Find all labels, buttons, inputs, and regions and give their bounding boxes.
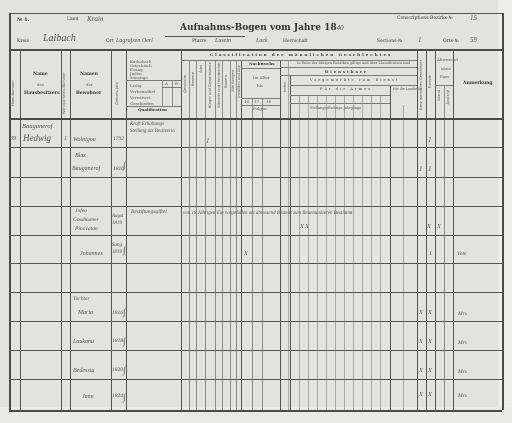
kreis-value: Laibach <box>43 34 76 44</box>
row2-fremde-mark: 1 <box>428 166 432 173</box>
fuer-armee-header: Für die Armee <box>320 88 372 92</box>
vorgemerkte-header: Vorgemerkte zum Dienst <box>310 79 399 83</box>
col-armee-1 <box>299 95 300 410</box>
row4-geburt: Augst 1819 <box>112 213 126 227</box>
row4-class-note: von 18 Jährigen Ein vorgefallen als abwe… <box>183 210 413 218</box>
abwesend-sub-line <box>435 85 453 86</box>
sections-label: Sections-№ <box>377 40 402 45</box>
anmerkung-header: Anmerkung <box>463 82 493 87</box>
row-divider-4 <box>9 235 502 236</box>
col-armee-4 <box>326 95 327 410</box>
nachwuchs-age-17: 17 <box>254 100 259 104</box>
row-divider-6 <box>9 292 502 293</box>
col-nach-16 <box>252 98 253 410</box>
dienstbare-note: In Ruhe der übrigen Rubriken giltige und… <box>297 62 410 65</box>
col-armee-7 <box>353 95 354 410</box>
paper-edge <box>498 0 512 423</box>
row10-anmerkung: Mrs <box>458 394 467 400</box>
row2-weibl-mark: 1 <box>419 166 423 173</box>
nachwuchs-bis: bis <box>257 84 263 88</box>
row7-geburt: 1816 <box>112 311 123 317</box>
besitzer-header-3: Hausbesitzers <box>24 92 60 97</box>
form-right-border <box>502 13 504 410</box>
stand-col-b: B <box>175 82 178 86</box>
col-divider-anmerkung <box>453 49 454 410</box>
class-geistliche: Geistliche <box>183 75 187 93</box>
row4-bewohner-2: Gosdmaner <box>73 218 99 224</box>
fremde-header: Fremde <box>428 75 432 88</box>
abwesend-inland: Inland <box>437 90 441 101</box>
abwesend-header-2: ohne <box>441 67 451 71</box>
dienstbare-title-line <box>280 75 417 76</box>
stand-geschieden: Geschieden <box>130 102 154 106</box>
bewohner-header-3: Bewohner <box>76 92 101 97</box>
nachwuchs-age-18: 18 <box>266 100 271 104</box>
pfarre-value: Lusein <box>215 38 231 44</box>
row1-qualification: Kraft Erhaltungs Stellung als Besitzerin <box>130 121 180 135</box>
row1-fremde-mark: 1 <box>428 137 432 144</box>
row5-bewohner: Johannes <box>80 251 103 257</box>
row8-bewohner: Laukanu <box>73 339 94 345</box>
abwesend-header-1: Abwesend <box>437 58 458 62</box>
census-form-sheet: № 1. Land Krain Aufnahms-Bogen vom Jahre… <box>0 0 512 423</box>
haus-nummer-header: Haus-Nummer <box>11 80 15 106</box>
class-kuenstler: Künstler und Handwerker <box>217 62 221 108</box>
row1-haus-nr: 39 <box>10 136 16 142</box>
col-divider-bewohner <box>111 49 112 410</box>
herrschaft-value: Lack <box>256 38 268 44</box>
land-value: Krain <box>87 16 103 23</box>
col-landwehr-mid <box>403 105 404 410</box>
ort-value: Lagrajzen Oerl <box>116 38 153 44</box>
row1-besitzer-surname: Bauganerof <box>22 124 52 131</box>
kreis-label: Kreis <box>17 40 29 45</box>
col-abwesend-mid <box>444 85 445 410</box>
row1-besitzer-name: Hedwig <box>23 134 51 143</box>
stand-ledig: Ledig <box>130 84 141 88</box>
col-divider-armee <box>290 75 291 410</box>
row2-bewohner-first: Blaz <box>75 153 86 159</box>
row2-bewohner-last: Bauganerof <box>72 166 100 172</box>
armee-years-line <box>290 103 390 104</box>
pfarre-label: Pfarre <box>192 40 206 45</box>
geburt-header: Geburts-Jahr <box>115 82 119 105</box>
stand-verwitwet: Verwitwet <box>130 96 151 100</box>
stand-box-divider <box>162 80 163 106</box>
landwehr-header: Für die Landwehr <box>393 88 422 91</box>
armee-footer: Stellungspflichtige Jahrgänge <box>310 107 361 110</box>
dienstbare-note-line <box>280 67 417 68</box>
religion-sonstige: Sonstige <box>130 76 148 80</box>
row10-bewohner: Jann <box>82 394 94 400</box>
row10-geburt: 1824 <box>112 394 123 400</box>
header-top-border <box>9 13 502 14</box>
row5-fremde-mark: 1 <box>429 251 432 257</box>
row7-bewohner-note: Tochter <box>73 297 90 303</box>
table-top-border <box>9 49 502 51</box>
row7-bewohner: Maria <box>78 310 93 316</box>
form-title-text: Aufnahms-Bogen vom Jahre 18 <box>180 23 337 33</box>
col-armee-5 <box>335 95 336 410</box>
besitzer-header-1: Name <box>33 73 48 78</box>
class-uebrige: Alle übrigen <box>231 70 235 92</box>
row5-tick: ∫ <box>123 246 125 255</box>
row5-marks: X <box>244 251 248 257</box>
row-divider-9 <box>9 379 502 380</box>
row7-weibl-mark: X <box>419 310 423 316</box>
row1-bewohner: Wolnigou <box>73 137 96 143</box>
col-armee-2 <box>308 95 309 410</box>
class-buerger: Bürger und Gewerbsleute <box>208 62 212 108</box>
sections-value: 1 <box>418 37 422 44</box>
col-armee-10 <box>380 95 381 410</box>
class-adel: Adel <box>199 65 203 73</box>
herrschaft-label: Herrschaft <box>283 40 308 45</box>
col-nach-17 <box>262 98 263 410</box>
col-divider-partei <box>70 49 71 410</box>
row9-bewohner: Bedessia <box>73 368 94 374</box>
row8-geburt: 1818 <box>112 339 123 345</box>
row8-weibl-mark: X <box>419 339 423 345</box>
row-divider-2 <box>9 177 502 178</box>
col-divider-qualification <box>181 49 182 410</box>
nachwuchs-header: Nachwuchs <box>249 62 275 66</box>
class-invaliden: Invaliden und Alte <box>237 65 241 98</box>
abwesend-ausland: Ausland <box>446 90 450 104</box>
row-divider-3 <box>9 206 502 207</box>
row1-geburt: 1792 <box>113 137 124 143</box>
col-armee-6 <box>344 95 345 410</box>
partei-header: Wohnparteien-Nummer <box>62 72 66 114</box>
row-divider-7 <box>9 321 502 322</box>
row10-tick: ∫ <box>123 393 125 402</box>
row9-weibl-mark: X <box>419 368 423 374</box>
stand-box-ab-divider <box>172 80 173 106</box>
col-armee-8 <box>362 95 363 410</box>
orts-label: Orts-№ <box>443 40 459 45</box>
header-bottom-border <box>9 118 502 120</box>
row4-weibl-mark: X <box>427 224 431 230</box>
row9-tick: ∫ <box>123 366 125 375</box>
nachwuchs-age-16: 16 <box>244 100 249 104</box>
row5-anmerkung: Vote <box>457 252 466 258</box>
col-armee-3 <box>317 95 318 410</box>
row4-bewohner-1: Jofeo <box>75 209 87 215</box>
row7-fremde-mark: X <box>428 310 432 316</box>
bewohner-header-1: Namen <box>80 73 98 78</box>
abwesend-header-3: Pass <box>440 75 449 79</box>
row8-fremde-mark: X <box>428 339 432 345</box>
row-divider-1 <box>9 147 502 148</box>
conscription-label: Conscriptions-Bezirks-№ <box>397 17 453 22</box>
row10-weibl-mark: X <box>419 392 423 398</box>
row7-tick: ∫ <box>123 308 125 317</box>
bewohner-header-2: der <box>86 83 93 87</box>
col-divider-abwesend <box>435 49 436 410</box>
stand-verheirathet: Verheirathet <box>130 90 155 94</box>
stand-col-a: A <box>165 82 168 86</box>
row9-anmerkung: Mrs <box>458 370 467 376</box>
nachwuchs-im-alter: Im Alter <box>253 76 270 80</box>
col-divider-haus <box>20 49 21 410</box>
stand-ab-line <box>162 87 181 88</box>
fuer-armee-line <box>290 95 390 96</box>
row1-class-mark: 1 <box>206 138 210 145</box>
row4-qualification: Bestiftungsgiftel <box>131 210 167 216</box>
weiblich-header: Ganz weibliches Geschlecht <box>419 60 423 110</box>
land-label: Land <box>67 18 78 23</box>
row10-fremde-mark: X <box>428 392 432 398</box>
col-divider-geburt <box>126 49 127 410</box>
row-divider-5 <box>9 263 502 264</box>
row8-tick: ∫ <box>123 337 125 346</box>
ort-label: Ort <box>106 40 114 45</box>
row9-fremde-mark: X <box>428 368 432 374</box>
col-armee-9 <box>371 95 372 410</box>
qualification-header: Qualification <box>138 108 167 112</box>
nachwuchs-folgen: Folgen <box>253 107 267 111</box>
besitzer-header-2: des <box>37 83 44 87</box>
class-beamte: Beamte <box>191 72 195 86</box>
class-bauern: Bauern <box>224 75 228 88</box>
title-underline <box>165 36 245 37</box>
col-divider-weiblich <box>417 49 418 410</box>
orts-value: 59 <box>470 37 477 44</box>
row8-anmerkung: Mrs <box>458 341 467 347</box>
vorgemerkte-line <box>290 85 417 86</box>
form-title: Aufnahms-Bogen vom Jahre 1840 <box>180 24 344 33</box>
col-divider-landwehr <box>390 85 391 410</box>
row9-geburt: 1820 <box>112 368 123 374</box>
row2-tick: ∫ <box>123 161 125 170</box>
form-number: № 1. <box>17 18 29 23</box>
row4-marks: X X <box>300 224 309 230</box>
row1-partei: 1 <box>64 136 67 142</box>
form-title-year: 40 <box>337 24 344 32</box>
row7-anmerkung: Mrs <box>458 312 467 318</box>
row-divider-8 <box>9 350 502 351</box>
dienst-index-header: Index <box>283 82 287 92</box>
dienstbare-header: Dienstbare <box>325 70 368 74</box>
classification-title: Classification der männlichen Geschlecht… <box>210 53 392 57</box>
row4-fremde-mark: X <box>437 224 441 230</box>
conscription-value: 15 <box>470 15 477 22</box>
form-bottom-border <box>9 410 502 412</box>
row4-bewohner-3: Pinovatan <box>75 227 98 233</box>
nachwuchs-title-line <box>241 68 280 69</box>
